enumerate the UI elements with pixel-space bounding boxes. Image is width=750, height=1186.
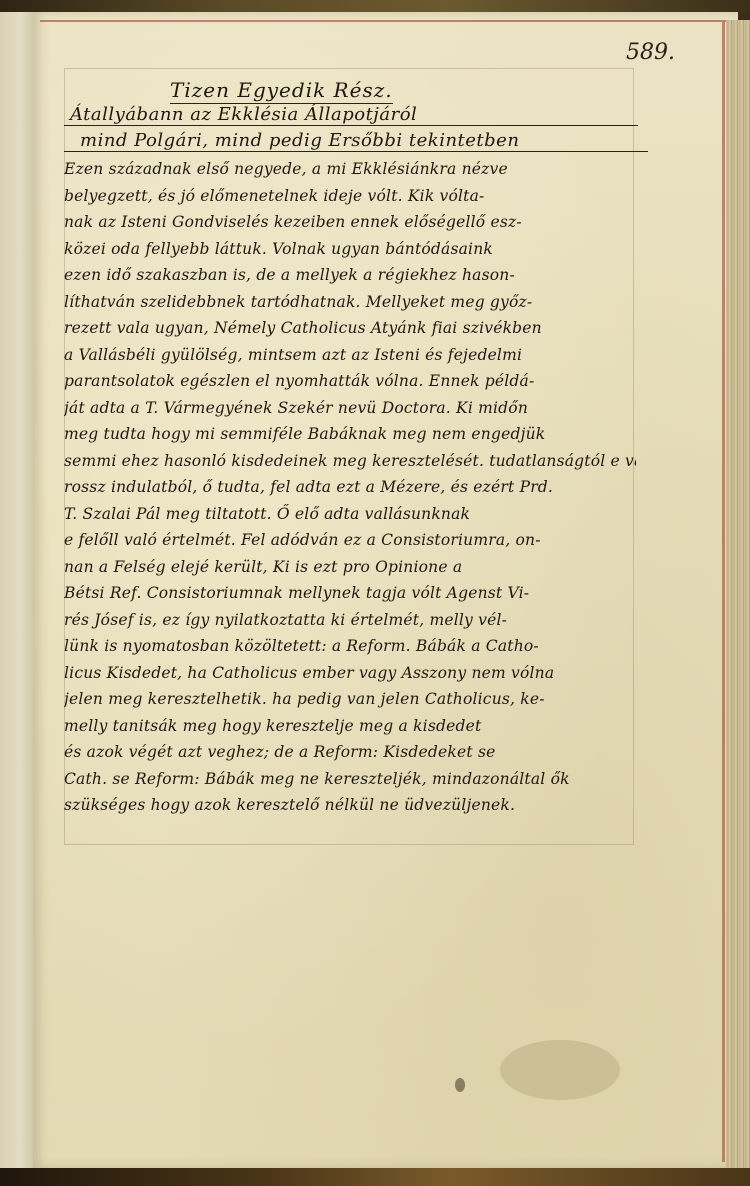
book-cover-bottom (0, 1168, 750, 1186)
text-line: licus Kisdedet, ha Catholicus ember vagy… (64, 660, 636, 687)
text-line: közei oda fellyebb láttuk. Volnak ugyan … (64, 236, 636, 263)
text-line: semmi ehez hasonló kisdedeinek meg keres… (64, 448, 636, 475)
text-line: jelen meg keresztelhetik. ha pedig van j… (64, 686, 636, 713)
text-line: a Vallásbéli gyülölség, mintsem azt az I… (64, 342, 636, 369)
text-line: és azok végét azt veghez; de a Reform: K… (64, 739, 636, 766)
text-line: rés Jósef is, ez így nyilatkoztatta ki é… (64, 607, 636, 634)
page-stack-edges (726, 20, 750, 1168)
text-line: Ezen századnak első negyede, a mi Ekklés… (64, 156, 636, 183)
page-number: 589. (626, 40, 675, 65)
section-subheading-line-2: mind Polgári, mind pedig Ersőbbi tekinte… (64, 130, 648, 152)
text-line: rezett vala ugyan, Némely Catholicus Aty… (64, 315, 636, 342)
text-line: nak az Isteni Gondviselés kezeiben ennek… (64, 209, 636, 236)
manuscript-body: Ezen századnak első negyede, a mi Ekklés… (64, 156, 636, 819)
text-line: líthatván szelidebbnek tartódhatnak. Mel… (64, 289, 636, 316)
text-line: belyegzett, és jó előmenetelnek ideje vó… (64, 183, 636, 210)
text-line: T. Szalai Pál meg tiltatott. Ő elő adta … (64, 501, 636, 528)
text-line: melly tanitsák meg hogy keresztelje meg … (64, 713, 636, 740)
text-line: ját adta a T. Vármegyének Szekér nevü Do… (64, 395, 636, 422)
text-line: Cath. se Reform: Bábák meg ne keresztelj… (64, 766, 636, 793)
paper-stain (500, 1040, 620, 1100)
text-line: Bétsi Ref. Consistoriumnak mellynek tagj… (64, 580, 636, 607)
text-line: ezen idő szakaszban is, de a mellyek a r… (64, 262, 636, 289)
text-line: lünk is nyomatosban közöltetett: a Refor… (64, 633, 636, 660)
left-page-leaf (0, 12, 35, 1168)
text-line: e felőll való értelmét. Fel adódván ez a… (64, 527, 636, 554)
ink-spot (455, 1078, 465, 1092)
section-subheading-line-1: Átallyábann az Ekklésia Állapotjáról (64, 104, 638, 126)
text-line: meg tudta hogy mi semmiféle Babáknak meg… (64, 421, 636, 448)
section-heading: Tizen Egyedik Rész. (170, 78, 393, 104)
text-line: rossz indulatból, ő tudta, fel adta ezt … (64, 474, 636, 501)
text-line: szükséges hogy azok keresztelő nélkül ne… (64, 792, 636, 819)
text-line: nan a Felség elejé került, Ki is ezt pro… (64, 554, 636, 581)
red-edge-top (40, 20, 740, 22)
text-line: parantsolatok egészlen el nyomhatták vól… (64, 368, 636, 395)
red-edge-right (722, 22, 725, 1162)
